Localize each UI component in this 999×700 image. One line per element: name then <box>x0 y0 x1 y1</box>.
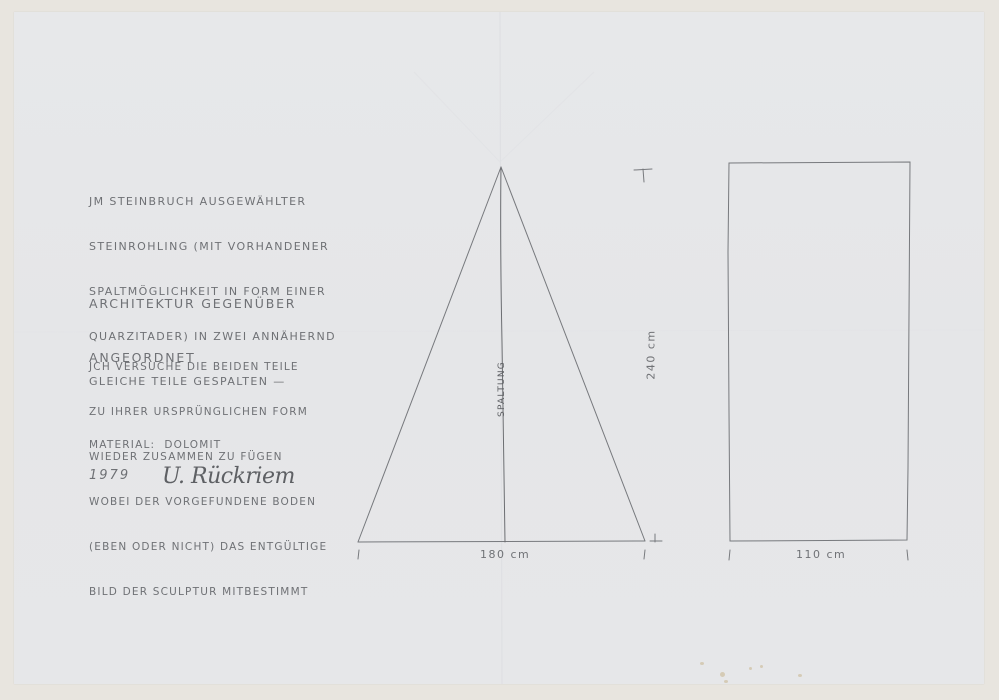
height-label: 240 cm <box>645 329 658 379</box>
split-line <box>501 167 505 542</box>
foxing-stain <box>749 667 752 670</box>
foxing-stain <box>798 674 802 677</box>
rectangle-width-label: 110 cm <box>796 548 846 561</box>
split-label: SPALTUNG <box>497 361 507 417</box>
rectangle-outline <box>728 162 910 541</box>
foxing-stain <box>760 665 763 668</box>
sculpture-drawing <box>14 12 984 684</box>
paper-sheet: JM STEINBRUCH AUSGEWÄHLTER STEINROHLING … <box>14 12 984 684</box>
triangle-right-edge <box>501 167 645 541</box>
triangle-base <box>358 541 645 542</box>
foxing-stain <box>720 672 725 677</box>
foxing-stain <box>724 680 728 683</box>
triangle-left-edge <box>358 167 501 542</box>
foxing-stain <box>700 662 704 665</box>
triangle-width-label: 180 cm <box>480 548 530 561</box>
